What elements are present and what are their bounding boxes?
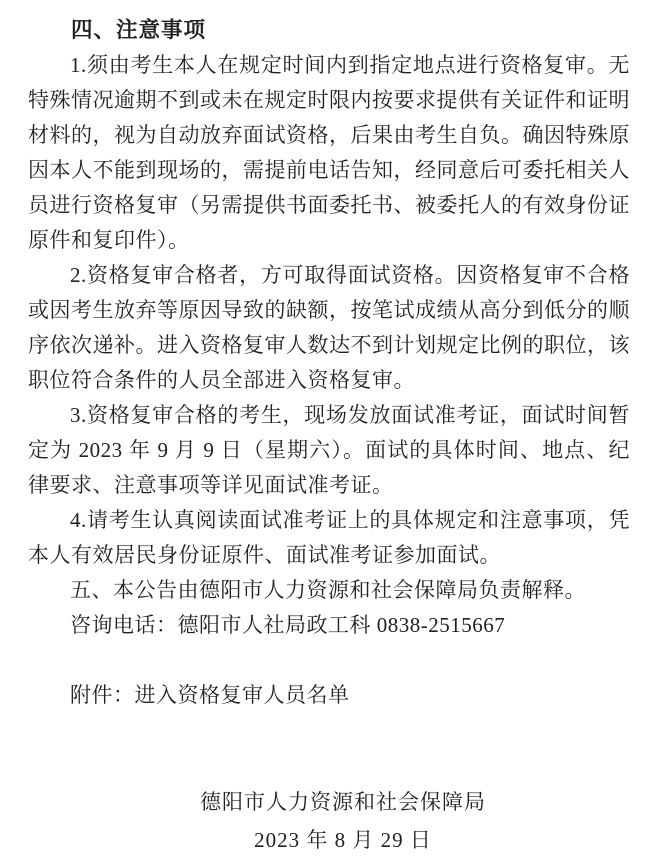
signature-block: 德阳市人力资源和社会保障局 2023 年 8 月 29 日	[193, 783, 493, 858]
consult-phone-line: 咨询电话：德阳市人社局政工科 0838-2515667	[28, 608, 630, 643]
notice-paragraph-3: 3.资格复审合格的考生，现场发放面试准考证，面试时间暂定为 2023 年 9 月…	[28, 398, 630, 503]
blank-line	[28, 643, 630, 678]
notice-paragraph-1: 1.须由考生本人在规定时间内到指定地点进行资格复审。无特殊情况逾期不到或未在规定…	[28, 48, 630, 258]
attachment-line: 附件：进入资格复审人员名单	[28, 678, 630, 713]
notice-paragraph-4: 4.请考生认真阅读面试准考证上的具体规定和注意事项，凭本人有效居民身份证原件、面…	[28, 503, 630, 573]
issue-date: 2023 年 8 月 29 日	[193, 821, 493, 858]
notice-paragraph-2: 2.资格复审合格者，方可取得面试资格。因资格复审不合格或因考生放弃等原因导致的缺…	[28, 258, 630, 398]
section-four-heading: 四、注意事项	[28, 13, 630, 48]
document-page: 四、注意事项 1.须由考生本人在规定时间内到指定地点进行资格复审。无特殊情况逾期…	[0, 0, 652, 858]
section-five-line: 五、本公告由德阳市人力资源和社会保障局负责解释。	[28, 573, 630, 608]
issuer-name: 德阳市人力资源和社会保障局	[193, 783, 493, 821]
blank-lines	[28, 713, 630, 783]
